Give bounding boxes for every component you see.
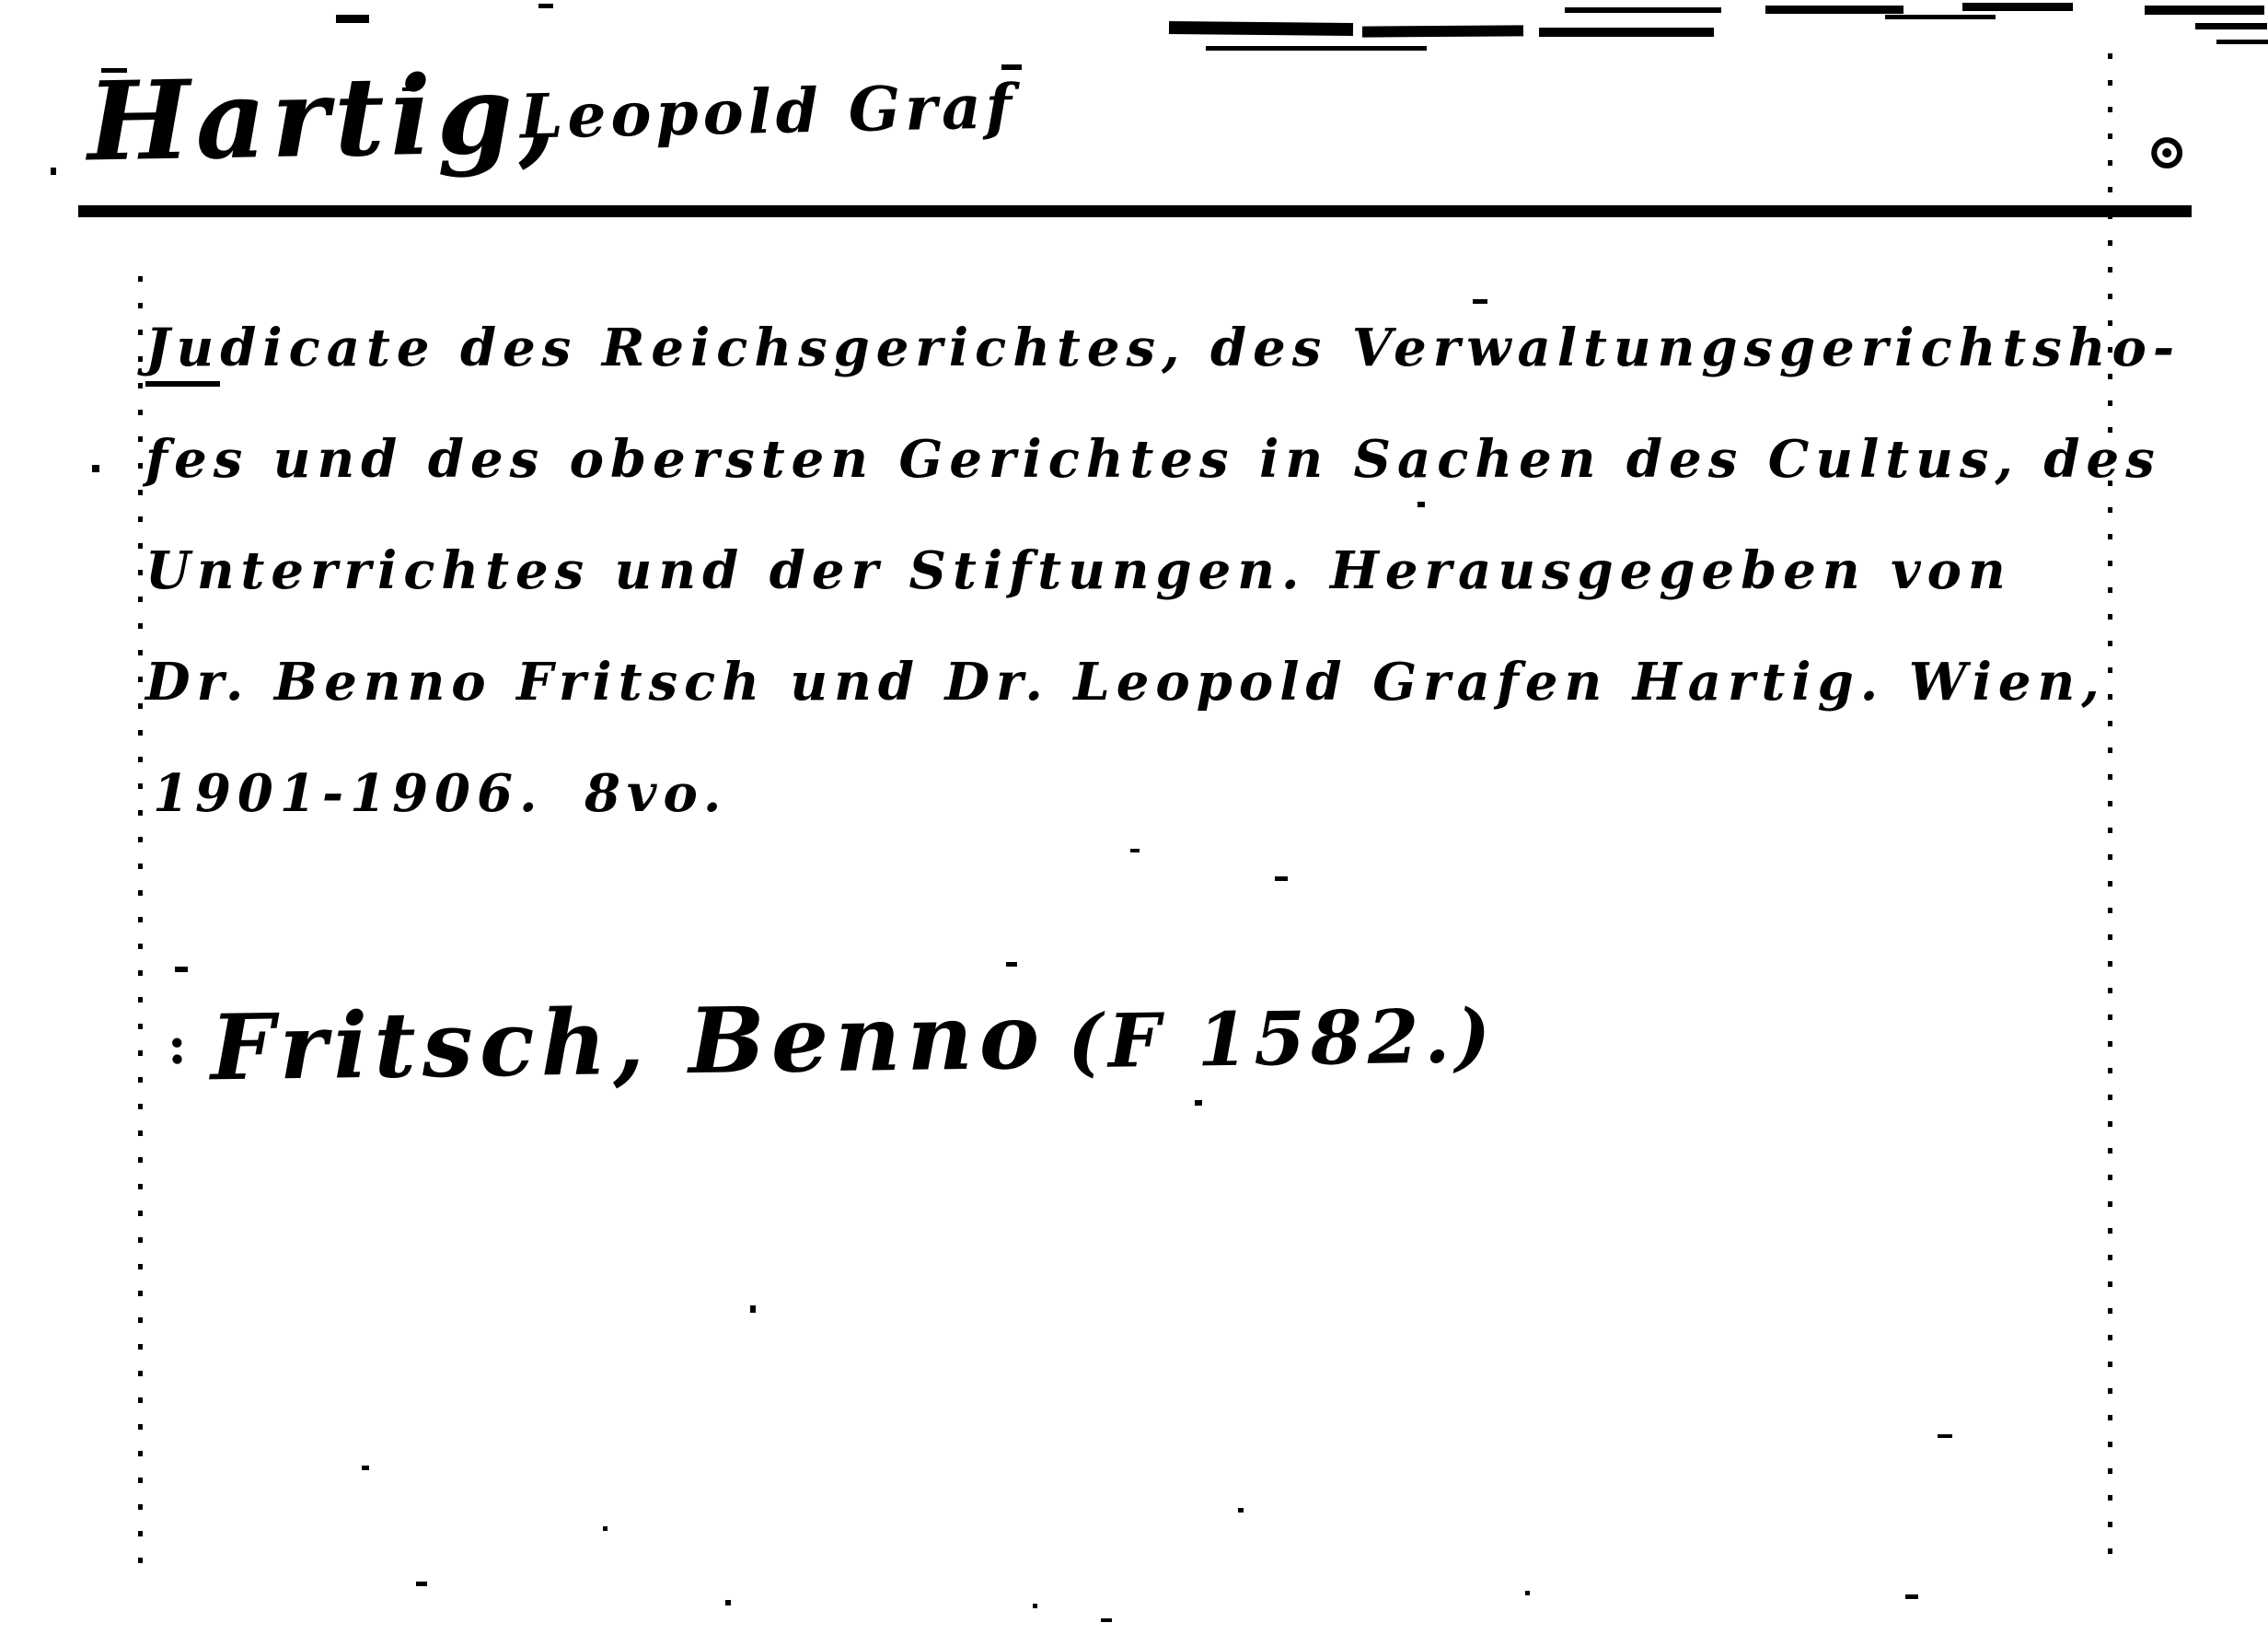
entry-line-1: Judicate des Reichsgerichtes, des Verwal… [145,293,2181,404]
scan-noise [2145,6,2264,15]
scan-noise [175,967,188,972]
scan-noise [750,1305,756,1313]
scan-noise [538,4,553,8]
scan-noise [1539,28,1714,37]
scan-noise [416,1582,427,1586]
cross-reference-shelfmark: (F 1582.) [1067,992,1496,1084]
scan-noise [241,127,246,138]
scan-noise [1765,6,1903,14]
scan-noise [1417,502,1425,507]
scan-noise [1206,46,1427,51]
scan-noise [101,68,127,73]
entry-line-dates: 1901-1906. 8vo. [145,738,2181,850]
scan-noise [362,1466,369,1470]
cross-reference: :Fritsch, Benno(F 1582.) [167,978,1496,1102]
scan-noise [2216,40,2268,44]
scan-noise [1006,962,1017,967]
left-dotted-border [138,276,143,1579]
entry-body: Judicate des Reichsgerichtes, des Verwal… [145,293,2181,850]
scan-noise [1905,1594,1918,1599]
scan-noise [1001,64,1022,70]
scan-noise [1362,25,1523,37]
scan-noise [2195,23,2267,29]
cross-reference-prefix: : [168,1015,188,1076]
cross-reference-name: Fritsch, Benno [210,984,1047,1102]
scan-noise [402,87,415,91]
scan-noise [603,1526,607,1531]
entry-underlined-initials: Ju [145,318,220,387]
heading-surname: Hartig, [87,50,562,186]
scan-noise [1565,7,1721,13]
scan-noise [1033,1604,1037,1608]
scan-noise [1130,849,1140,852]
scan-noise [51,168,56,175]
entry-line-2: fes und des obersten Gerichtes in Sachen… [145,404,2181,516]
header-rule [78,205,2192,217]
scan-noise [1238,1508,1244,1513]
scan-noise [1275,876,1288,881]
scan-noise [1525,1591,1530,1595]
scan-noise [92,465,99,472]
scan-noise [1962,3,2073,11]
entry-line-1-text: dicate des Reichsgerichtes, des Verwaltu… [220,318,2181,378]
scan-noise [1938,1434,1952,1438]
entry-line-3: Unterrichtes und der Stiftungen. Herausg… [145,516,2181,627]
scan-noise [1885,15,1996,19]
catalog-card: Hartig, Leopold Graf ⊙ Judicate des Reic… [0,0,2268,1646]
scan-noise [1101,1618,1112,1622]
scan-noise [336,15,369,23]
entry-line-4: Dr. Benno Fritsch und Dr. Leopold Grafen… [145,627,2181,738]
scan-noise [1169,21,1353,36]
scan-noise [1473,299,1487,304]
circled-mark-icon: ⊙ [2140,117,2194,184]
scan-noise [1195,1100,1202,1106]
scan-noise [725,1600,731,1605]
heading-forename: Leopold Graf [519,70,1017,152]
